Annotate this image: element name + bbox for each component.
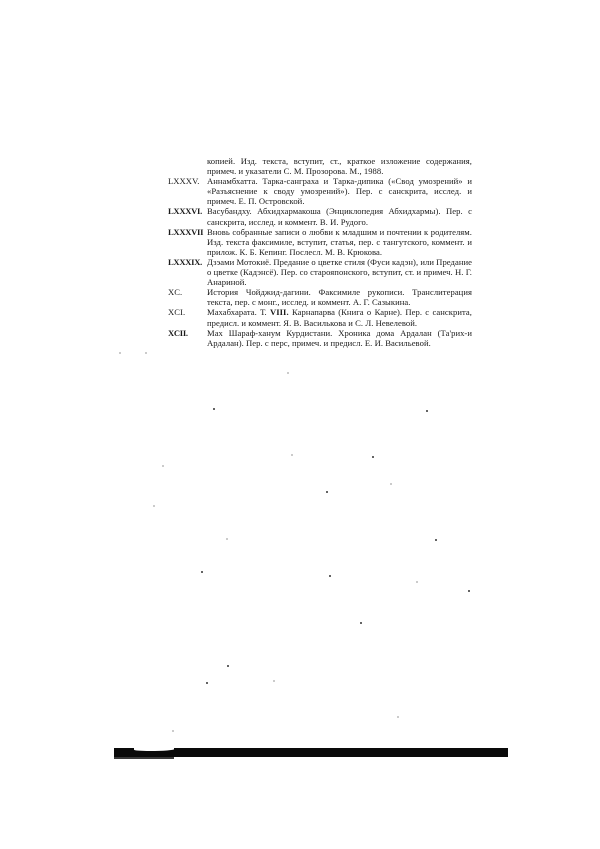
scan-speck: [329, 575, 331, 577]
scan-edge-bar: [114, 748, 508, 757]
entry-text: Дзэами Мотокиё. Предание о цветке стиля …: [207, 257, 472, 287]
scanned-page: копией. Изд. текста, вступит, ст., кратк…: [0, 0, 600, 849]
scan-speck: [468, 590, 470, 592]
entry-number: LXXXV.: [168, 176, 204, 186]
scan-speck: [206, 682, 208, 684]
entry-text: копией. Изд. текста, вступит, ст., кратк…: [207, 156, 472, 176]
bar-notch: [134, 748, 174, 751]
list-item: XC. История Чойджид-дагини. Факсимиле ру…: [168, 287, 472, 307]
scan-speck: [227, 665, 229, 667]
list-item: LXXXIX. Дзэами Мотокиё. Предание о цветк…: [168, 257, 472, 287]
scan-speck: [360, 622, 362, 624]
entry-text: Мах Шараф-ханум Курдистани. Хроника дома…: [207, 328, 472, 348]
scan-speck: [119, 352, 121, 354]
scan-speck: [426, 410, 428, 412]
book-list: копией. Изд. текста, вступит, ст., кратк…: [168, 156, 472, 348]
entry-text: Вновь собранные записи о любви к младшим…: [207, 227, 472, 257]
scan-speck: [145, 352, 147, 354]
scan-speck: [326, 491, 328, 493]
scan-speck: [213, 408, 215, 410]
entry-number: XCI.: [168, 307, 204, 317]
list-item: XCII. Мах Шараф-ханум Курдистани. Хроник…: [168, 328, 472, 348]
scan-speck: [416, 581, 418, 583]
entry-number: LXXXVII: [168, 227, 204, 237]
entry-text: Васубандху. Абхидхармакоша (Энциклопедия…: [207, 206, 472, 226]
list-item: XCI. Махабхарата. Т. VIII. Карнапарва (К…: [168, 307, 472, 327]
scan-speck: [172, 730, 174, 732]
list-item: LXXXV. Аннамбхатта. Тарка-санграха и Тар…: [168, 176, 472, 206]
volume-number: VIII.: [270, 307, 289, 317]
bar-tail: [114, 757, 174, 759]
entry-text: Махабхарата. Т. VIII. Карнапарва (Книга …: [207, 307, 472, 327]
entry-text: История Чойджид-дагини. Факсимиле рукопи…: [207, 287, 472, 307]
scan-speck: [397, 716, 399, 718]
list-item: LXXXVI. Васубандху. Абхидхармакоша (Энци…: [168, 206, 472, 226]
entry-number: LXXXVI.: [168, 206, 204, 216]
entry-number: XCII.: [168, 328, 204, 338]
scan-speck: [435, 539, 437, 541]
scan-speck: [273, 680, 275, 682]
scan-speck: [390, 483, 392, 485]
entry-number: LXXXIX.: [168, 257, 204, 267]
entry-text-part: Махабхарата. Т.: [207, 307, 270, 317]
scan-speck: [162, 465, 164, 467]
scan-speck: [201, 571, 203, 573]
scan-speck: [153, 505, 155, 507]
scan-speck: [287, 372, 289, 374]
scan-speck: [291, 454, 293, 456]
list-item: копией. Изд. текста, вступит, ст., кратк…: [168, 156, 472, 176]
entry-text: Аннамбхатта. Тарка-санграха и Тарка-дипи…: [207, 176, 472, 206]
entry-number: XC.: [168, 287, 204, 297]
scan-speck: [226, 538, 228, 540]
scan-speck: [372, 456, 374, 458]
list-item: LXXXVII Вновь собранные записи о любви к…: [168, 227, 472, 257]
